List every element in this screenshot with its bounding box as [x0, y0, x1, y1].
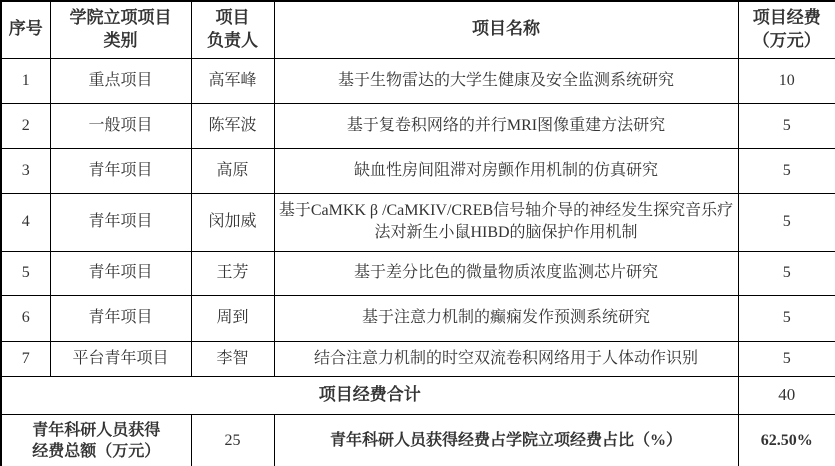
table-row: 1 重点项目 高军峰 基于生物雷达的大学生健康及安全监测系统研究 10: [1, 58, 835, 103]
header-row: 序号 学院立项项目 类别 项目 负责人 项目名称 项目经费 （万元）: [1, 1, 835, 58]
table-row: 3 青年项目 高原 缺血性房间阻滞对房颤作用机制的仿真研究 5: [1, 148, 835, 193]
cell-leader: 闵加威: [191, 193, 274, 251]
cell-leader: 陈军波: [191, 103, 274, 148]
cell-fund: 10: [738, 58, 835, 103]
cell-serial: 1: [1, 58, 50, 103]
summary-ratio-value: 62.50%: [738, 414, 835, 466]
cell-fund: 5: [738, 341, 835, 376]
cell-fund: 5: [738, 193, 835, 251]
cell-leader: 王芳: [191, 251, 274, 295]
cell-leader: 高原: [191, 148, 274, 193]
summary-ratio-label: 青年科研人员获得经费占学院立项经费占比（%）: [274, 414, 738, 466]
cell-category: 青年项目: [50, 251, 191, 295]
total-row: 项目经费合计 40: [1, 376, 835, 414]
cell-category: 青年项目: [50, 295, 191, 341]
cell-title: 缺血性房间阻滞对房颤作用机制的仿真研究: [274, 148, 738, 193]
cell-leader: 李智: [191, 341, 274, 376]
cell-fund: 5: [738, 251, 835, 295]
cell-category: 青年项目: [50, 148, 191, 193]
cell-fund: 5: [738, 295, 835, 341]
cell-title: 结合注意力机制的时空双流卷积网络用于人体动作识别: [274, 341, 738, 376]
cell-category: 平台青年项目: [50, 341, 191, 376]
cell-category: 青年项目: [50, 193, 191, 251]
header-project-title: 项目名称: [274, 1, 738, 58]
table-row: 5 青年项目 王芳 基于差分比色的微量物质浓度监测芯片研究 5: [1, 251, 835, 295]
table-row: 6 青年项目 周到 基于注意力机制的癫痫发作预测系统研究 5: [1, 295, 835, 341]
table-row: 4 青年项目 闵加威 基于CaMKK β /CaMKIV/CREB信号轴介导的神…: [1, 193, 835, 251]
cell-serial: 6: [1, 295, 50, 341]
header-project-leader: 项目 负责人: [191, 1, 274, 58]
cell-fund: 5: [738, 103, 835, 148]
header-project-category: 学院立项项目 类别: [50, 1, 191, 58]
cell-title: 基于复卷积网络的并行MRI图像重建方法研究: [274, 103, 738, 148]
cell-serial: 3: [1, 148, 50, 193]
project-funding-table: 序号 学院立项项目 类别 项目 负责人 项目名称 项目经费 （万元） 1 重点项…: [0, 0, 835, 466]
total-fund-value: 40: [738, 376, 835, 414]
header-project-fund: 项目经费 （万元）: [738, 1, 835, 58]
cell-title: 基于CaMKK β /CaMKIV/CREB信号轴介导的神经发生探究音乐疗法对新…: [274, 193, 738, 251]
cell-category: 重点项目: [50, 58, 191, 103]
document-page: 序号 学院立项项目 类别 项目 负责人 项目名称 项目经费 （万元） 1 重点项…: [0, 0, 835, 466]
cell-fund: 5: [738, 148, 835, 193]
cell-serial: 7: [1, 341, 50, 376]
cell-serial: 5: [1, 251, 50, 295]
total-label: 项目经费合计: [1, 376, 738, 414]
cell-title: 基于差分比色的微量物质浓度监测芯片研究: [274, 251, 738, 295]
cell-category: 一般项目: [50, 103, 191, 148]
cell-leader: 周到: [191, 295, 274, 341]
cell-serial: 2: [1, 103, 50, 148]
summary-total-label: 青年科研人员获得 经费总额（万元）: [1, 414, 191, 466]
summary-total-amount: 25: [191, 414, 274, 466]
cell-title: 基于生物雷达的大学生健康及安全监测系统研究: [274, 58, 738, 103]
header-serial-number: 序号: [1, 1, 50, 58]
cell-title: 基于注意力机制的癫痫发作预测系统研究: [274, 295, 738, 341]
table-row: 7 平台青年项目 李智 结合注意力机制的时空双流卷积网络用于人体动作识别 5: [1, 341, 835, 376]
cell-serial: 4: [1, 193, 50, 251]
table-row: 2 一般项目 陈军波 基于复卷积网络的并行MRI图像重建方法研究 5: [1, 103, 835, 148]
cell-leader: 高军峰: [191, 58, 274, 103]
summary-row: 青年科研人员获得 经费总额（万元） 25 青年科研人员获得经费占学院立项经费占比…: [1, 414, 835, 466]
